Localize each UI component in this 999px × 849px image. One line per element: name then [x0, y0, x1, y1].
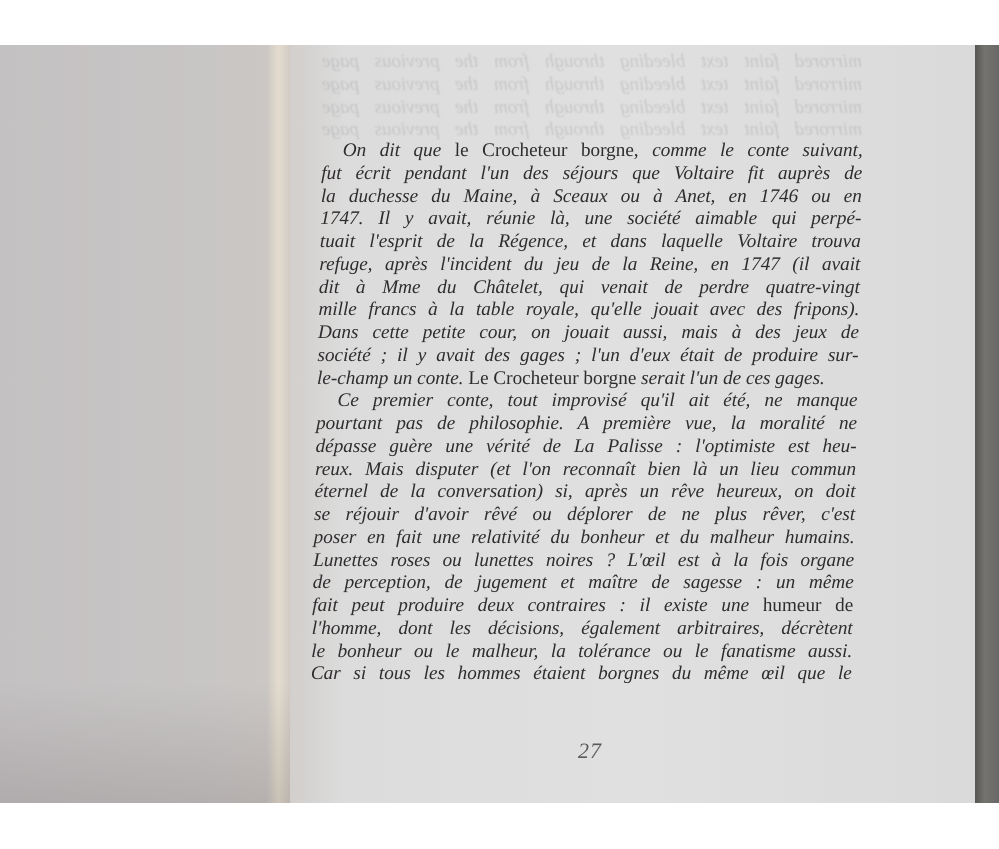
text-line: fait peut produire deux contraires : il … — [312, 595, 853, 618]
italic-run: Ce premier conte, tout improvisé qu'il a… — [337, 390, 857, 411]
italic-run: fait peut produire deux contraires : il … — [312, 595, 763, 616]
text-line: pourtant pas de philosophie. A première … — [316, 413, 857, 436]
italic-run: Lunettes roses ou lunettes noires ? L'œi… — [313, 550, 854, 571]
roman-run: humeur de — [763, 595, 854, 616]
text-line: poser en fait une relativité du bonheur … — [313, 527, 854, 550]
italic-run: de perception, de jugement et maître de … — [313, 572, 854, 593]
italic-run: le bonheur ou le malheur, la tolérance o… — [311, 641, 852, 662]
show-through-line: mirrored faint text bleeding through fro… — [322, 97, 862, 120]
text-line: 1747. Il y avait, réunie là, une société… — [320, 208, 861, 231]
text-line: société ; il y avait des gages ; l'un d'… — [317, 345, 858, 368]
roman-run: Le Crocheteur borgne — [468, 368, 641, 389]
left-page-shadow — [0, 683, 290, 803]
italic-run: dépasse guère une vérité de La Palisse :… — [315, 436, 856, 457]
italic-run: société ; il y avait des gages ; l'un d'… — [317, 345, 858, 366]
italic-run: reux. Mais disputer (et l'on reconnaît b… — [315, 459, 856, 480]
italic-run: dit à Mme du Châtelet, qui venait de per… — [319, 277, 860, 298]
paragraph: Ce premier conte, tout improvisé qu'il a… — [311, 390, 858, 686]
text-line: Dans cette petite cour, on jouait aussi,… — [318, 322, 859, 345]
italic-run: tuait l'esprit de la Régence, et dans la… — [320, 231, 861, 252]
text-line: l'homme, dont les décisions, également a… — [312, 618, 853, 641]
italic-run: l'homme, dont les décisions, également a… — [312, 618, 853, 639]
italic-run: Car si tous les hommes étaient borgnes d… — [311, 663, 852, 684]
italic-run: On dit que — [343, 140, 455, 161]
text-line: le bonheur ou le malheur, la tolérance o… — [311, 641, 852, 664]
text-line: reux. Mais disputer (et l'on reconnaît b… — [315, 459, 856, 482]
body-text: On dit que le Crocheteur borgne, comme l… — [311, 140, 863, 686]
paragraph: On dit que le Crocheteur borgne, comme l… — [317, 140, 863, 390]
text-line: dépasse guère une vérité de La Palisse :… — [315, 436, 856, 459]
italic-run: la duchesse du Maine, à Sceaux ou à Anet… — [321, 186, 862, 207]
text-line: On dit que le Crocheteur borgne, comme l… — [322, 140, 863, 163]
text-line: fut écrit pendant l'un des séjours que V… — [321, 163, 862, 186]
italic-run: se réjouir d'avoir rêvé ou déplorer de n… — [314, 504, 855, 525]
text-line: la duchesse du Maine, à Sceaux ou à Anet… — [321, 186, 862, 209]
italic-run: fut écrit pendant l'un des séjours que V… — [321, 163, 862, 184]
roman-run: le Crocheteur borgne, — [455, 140, 653, 161]
show-through-line: mirrored faint text bleeding through fro… — [322, 51, 862, 74]
page-edge-shadow — [975, 45, 999, 803]
italic-run: 1747. Il y avait, réunie là, une société… — [320, 208, 861, 229]
text-line: refuge, après l'incident du jeu de la Re… — [319, 254, 860, 277]
book-photo: mirrored faint text bleeding through fro… — [0, 45, 999, 803]
text-line: éternel de la conversation) si, après un… — [314, 481, 855, 504]
italic-run: éternel de la conversation) si, après un… — [314, 481, 855, 502]
italic-run: serait l'un de ces gages. — [641, 368, 825, 389]
italic-run: Dans cette petite cour, on jouait aussi,… — [318, 322, 859, 343]
italic-run: mille francs à la table royale, qu'elle … — [318, 299, 859, 320]
italic-run: poser en fait une relativité du bonheur … — [313, 527, 854, 548]
italic-run: pourtant pas de philosophie. A première … — [316, 413, 857, 434]
page-number: 27 — [578, 738, 602, 764]
italic-run: refuge, après l'incident du jeu de la Re… — [319, 254, 860, 275]
left-page — [0, 45, 290, 803]
text-line: de perception, de jugement et maître de … — [312, 572, 853, 595]
italic-run: comme le conte suivant, — [652, 140, 863, 161]
text-line: mille francs à la table royale, qu'elle … — [318, 299, 859, 322]
text-line: se réjouir d'avoir rêvé ou déplorer de n… — [314, 504, 855, 527]
show-through-line: mirrored faint text bleeding through fro… — [322, 74, 862, 97]
text-line: Car si tous les hommes étaient borgnes d… — [311, 663, 852, 686]
show-through-line: mirrored faint text bleeding through fro… — [322, 119, 862, 141]
text-line: dit à Mme du Châtelet, qui venait de per… — [319, 277, 860, 300]
text-line: tuait l'esprit de la Régence, et dans la… — [320, 231, 861, 254]
italic-run: le-champ un conte. — [317, 368, 469, 389]
text-line: Ce premier conte, tout improvisé qu'il a… — [316, 390, 857, 413]
show-through-text: mirrored faint text bleeding through fro… — [322, 51, 862, 141]
text-line: le-champ un conte. Le Crocheteur borgne … — [317, 368, 858, 391]
text-line: Lunettes roses ou lunettes noires ? L'œi… — [313, 550, 854, 573]
